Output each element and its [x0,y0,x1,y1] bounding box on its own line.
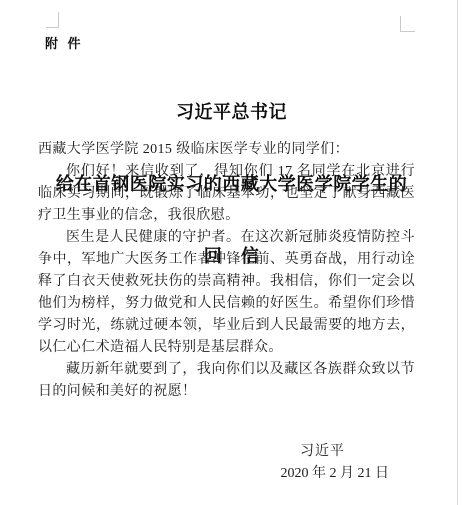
signature-name: 习近平 [0,441,463,463]
text-boundary-mark-top-left [46,12,59,28]
attachment-label: 附 件 [45,33,82,52]
salutation: 西藏大学医学院 2015 级临床医学专业的同学们： [38,139,415,161]
letter-body: 西藏大学医学院 2015 级临床医学专业的同学们： 你们好！来信收到了，得知你们… [38,139,415,403]
text-boundary-mark-top-right [400,16,415,32]
signature-block: 习近平 2020 年 2 月 21 日 [0,441,463,485]
signature-date: 2020 年 2 月 21 日 [0,463,463,485]
body-paragraph-3: 藏历新年就要到了，我向你们以及藏区各族群众致以节日的问候和美好的祝愿！ [38,359,415,403]
body-paragraph-1: 你们好！来信收到了，得知你们 17 名同学在北京进行临床实习期间，既锻炼了临床基… [38,161,415,227]
title-line-1: 习近平总书记 [0,100,463,124]
letter-page: 附 件 习近平总书记 给在首钢医院实习的西藏大学医学院学生的 回 信 西藏大学医… [0,0,463,505]
body-paragraph-2: 医生是人民健康的守护者。在这次新冠肺炎疫情防控斗争中，军地广大医务工作者冲锋在前… [38,227,415,359]
